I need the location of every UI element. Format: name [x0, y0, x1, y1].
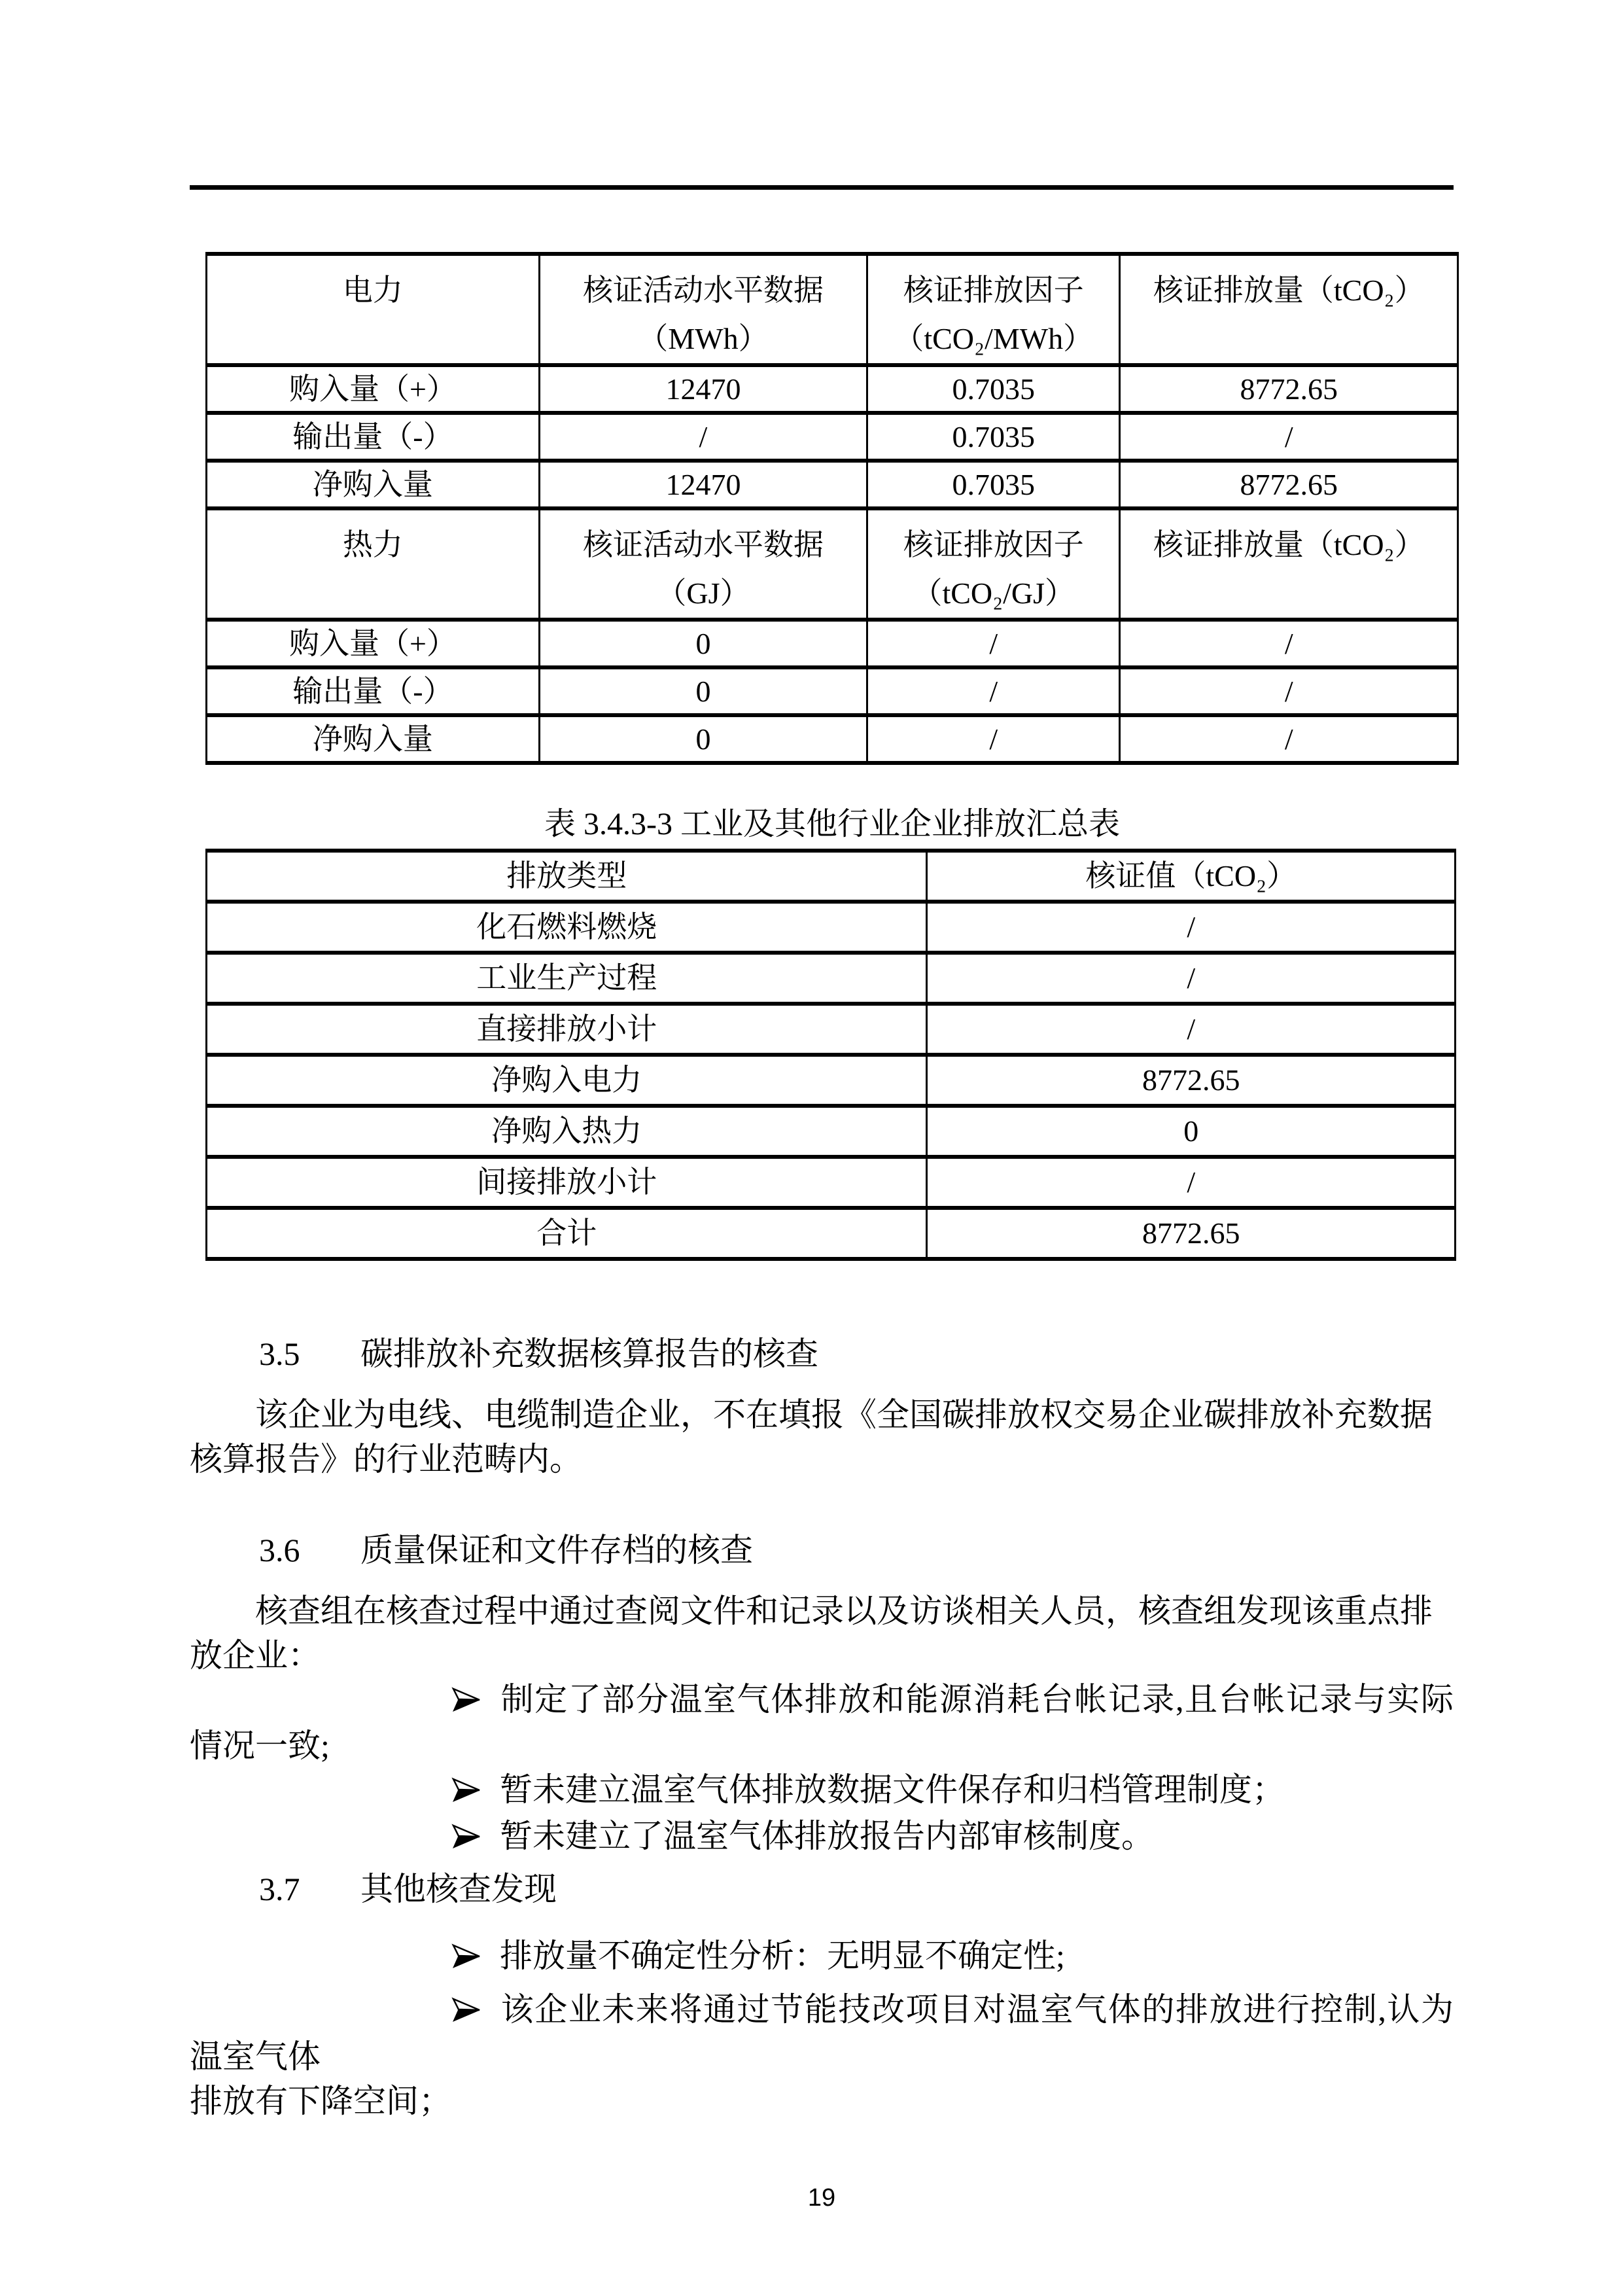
table-cell: 8772.65 — [927, 1055, 1456, 1106]
table-cell: 0.7035 — [867, 365, 1120, 413]
arrowhead-bullet-icon — [321, 1990, 481, 2034]
list-item-text: 暂未建立了温室气体排放报告内部审核制度。 — [500, 1818, 1154, 1854]
list-item-text: 排放量不确定性分析：无明显不确定性; — [500, 1937, 1065, 1974]
table-row: 输出量（-） 0 / / — [207, 667, 1458, 715]
table-cell: 0 — [539, 667, 867, 715]
table-cell: 净购入热力 — [207, 1106, 927, 1157]
table-row: 购入量（+） 0 / / — [207, 620, 1458, 667]
emissions-summary-table-container: 排放类型 核证值（tCO₂） 化石燃料燃烧 / 工业生产过程 / 直接排放小计 … — [205, 849, 1456, 1261]
table-row: 化石燃料燃烧 / — [207, 902, 1456, 953]
table-row: 合计 8772.65 — [207, 1208, 1456, 1259]
table-cell: 直接排放小计 — [207, 1004, 927, 1055]
table-cell: / — [1120, 715, 1458, 763]
section-number: 3.6 — [259, 1531, 360, 1569]
table-cell: 合计 — [207, 1208, 927, 1259]
table-cell: 化石燃料燃烧 — [207, 902, 927, 953]
section-title: 其他核查发现 — [360, 1871, 557, 1907]
table-row: 净购入热力 0 — [207, 1106, 1456, 1157]
table-cell: 电力 — [207, 254, 540, 365]
table-row: 间接排放小计 / — [207, 1157, 1456, 1208]
emissions-summary-table: 排放类型 核证值（tCO₂） 化石燃料燃烧 / 工业生产过程 / 直接排放小计 … — [205, 849, 1456, 1261]
paragraph: 该企业为电线、电缆制造企业，不在填报《全国碳排放权交易企业碳排放补充数据 核算报… — [190, 1392, 1454, 1481]
table-cell: 排放类型 — [207, 851, 927, 902]
table-row: 热力 核证活动水平数据 （GJ） 核证排放因子 （tCO₂/GJ） 核证排放量（… — [207, 508, 1458, 620]
section-heading: 3.5碳排放补充数据核算报告的核查 — [190, 1335, 1454, 1373]
table-cell: 核证活动水平数据 （GJ） — [539, 508, 867, 620]
table-cell: 8772.65 — [1120, 365, 1458, 413]
section-3-7: 3.7其他核查发现 排放量不确定性分析：无明显不确定性; 该企业未来将通过节能技… — [190, 1870, 1454, 2123]
table-cell: / — [1120, 413, 1458, 461]
header-rule-divider — [190, 185, 1454, 190]
table-cell: 购入量（+） — [207, 620, 540, 667]
table-row: 净购入量 12470 0.7035 8772.65 — [207, 461, 1458, 508]
arrowhead-bullet-icon — [321, 1817, 481, 1861]
table-cell: 购入量（+） — [207, 365, 540, 413]
section-title: 碳排放补充数据核算报告的核查 — [360, 1335, 818, 1372]
table-cell: 0 — [539, 620, 867, 667]
table-row: 净购入量 0 / / — [207, 715, 1458, 763]
table-cell: 8772.65 — [1120, 461, 1458, 508]
table-cell: 核证值（tCO₂） — [927, 851, 1456, 902]
table-cell: 净购入电力 — [207, 1055, 927, 1106]
table-cell: 8772.65 — [927, 1208, 1456, 1259]
table-row: 直接排放小计 / — [207, 1004, 1456, 1055]
table-cell: 0.7035 — [867, 413, 1120, 461]
table-cell: / — [867, 620, 1120, 667]
table-cell: 输出量（-） — [207, 413, 540, 461]
table-cell: / — [867, 715, 1120, 763]
list-item: 暂未建立温室气体排放数据文件保存和归档管理制度； — [190, 1768, 1454, 1814]
section-number: 3.7 — [259, 1870, 360, 1908]
table-cell: / — [927, 1004, 1456, 1055]
table-cell: 工业生产过程 — [207, 953, 927, 1004]
table-cell: 净购入量 — [207, 461, 540, 508]
section-heading: 3.6质量保证和文件存档的核查 — [190, 1531, 1454, 1569]
table-row: 购入量（+） 12470 0.7035 8772.65 — [207, 365, 1458, 413]
table-cell: 0 — [539, 715, 867, 763]
table-cell: 间接排放小计 — [207, 1157, 927, 1208]
arrowhead-bullet-icon — [321, 1680, 481, 1724]
table-cell: 核证排放因子 （tCO₂/MWh） — [867, 254, 1120, 365]
table-cell: / — [1120, 667, 1458, 715]
list-item: 排放量不确定性分析：无明显不确定性; — [190, 1934, 1454, 1981]
arrowhead-bullet-icon — [321, 1771, 481, 1814]
section-3-6: 3.6质量保证和文件存档的核查 核查组在核查过程中通过查阅文件和记录以及访谈相关… — [190, 1531, 1454, 1861]
section-title: 质量保证和文件存档的核查 — [360, 1532, 753, 1568]
table-row: 排放类型 核证值（tCO₂） — [207, 851, 1456, 902]
emissions-summary-table-caption: 表 3.4.3-3 工业及其他行业企业排放汇总表 — [205, 806, 1459, 843]
table-cell: / — [927, 953, 1456, 1004]
document-page: 电力 核证活动水平数据 （MWh） 核证排放因子 （tCO₂/MWh） 核证排放… — [0, 0, 1623, 2296]
table-cell: 热力 — [207, 508, 540, 620]
section-heading: 3.7其他核查发现 — [190, 1870, 1454, 1908]
table-cell: / — [927, 1157, 1456, 1208]
list-item: 暂未建立了温室气体排放报告内部审核制度。 — [190, 1814, 1454, 1861]
section-number: 3.5 — [259, 1335, 360, 1373]
paragraph: 核查组在核查过程中通过查阅文件和记录以及访谈相关人员，核查组发现该重点排 放企业… — [190, 1589, 1454, 1678]
page-number: 19 — [190, 2184, 1454, 2212]
table-cell: / — [867, 667, 1120, 715]
table-cell: 核证活动水平数据 （MWh） — [539, 254, 867, 365]
list-item: 该企业未来将通过节能技改项目对温室气体的排放进行控制,认为温室气体 排放有下降空… — [190, 1987, 1454, 2123]
arrowhead-bullet-icon — [321, 1937, 481, 1981]
table-cell: 核证排放因子 （tCO₂/GJ） — [867, 508, 1120, 620]
table-cell: / — [927, 902, 1456, 953]
table-row: 净购入电力 8772.65 — [207, 1055, 1456, 1106]
list-item: 制定了部分温室气体排放和能源消耗台帐记录,且台帐记录与实际情况一致; — [190, 1678, 1454, 1768]
table-cell: / — [539, 413, 867, 461]
table-cell: 净购入量 — [207, 715, 540, 763]
section-3-5: 3.5碳排放补充数据核算报告的核查 该企业为电线、电缆制造企业，不在填报《全国碳… — [190, 1335, 1454, 1481]
table-cell: 输出量（-） — [207, 667, 540, 715]
table-cell: 12470 — [539, 365, 867, 413]
electricity-heat-table-container: 电力 核证活动水平数据 （MWh） 核证排放因子 （tCO₂/MWh） 核证排放… — [205, 252, 1459, 765]
table-row: 电力 核证活动水平数据 （MWh） 核证排放因子 （tCO₂/MWh） 核证排放… — [207, 254, 1458, 365]
table-row: 工业生产过程 / — [207, 953, 1456, 1004]
table-cell: 核证排放量（tCO₂） — [1120, 254, 1458, 365]
table-cell: 12470 — [539, 461, 867, 508]
table-cell: 0.7035 — [867, 461, 1120, 508]
table-row: 输出量（-） / 0.7035 / — [207, 413, 1458, 461]
table-cell: 核证排放量（tCO₂） — [1120, 508, 1458, 620]
electricity-heat-table: 电力 核证活动水平数据 （MWh） 核证排放因子 （tCO₂/MWh） 核证排放… — [205, 252, 1459, 765]
list-item-text: 暂未建立温室气体排放数据文件保存和归档管理制度； — [500, 1771, 1285, 1808]
table-cell: / — [1120, 620, 1458, 667]
table-cell: 0 — [927, 1106, 1456, 1157]
